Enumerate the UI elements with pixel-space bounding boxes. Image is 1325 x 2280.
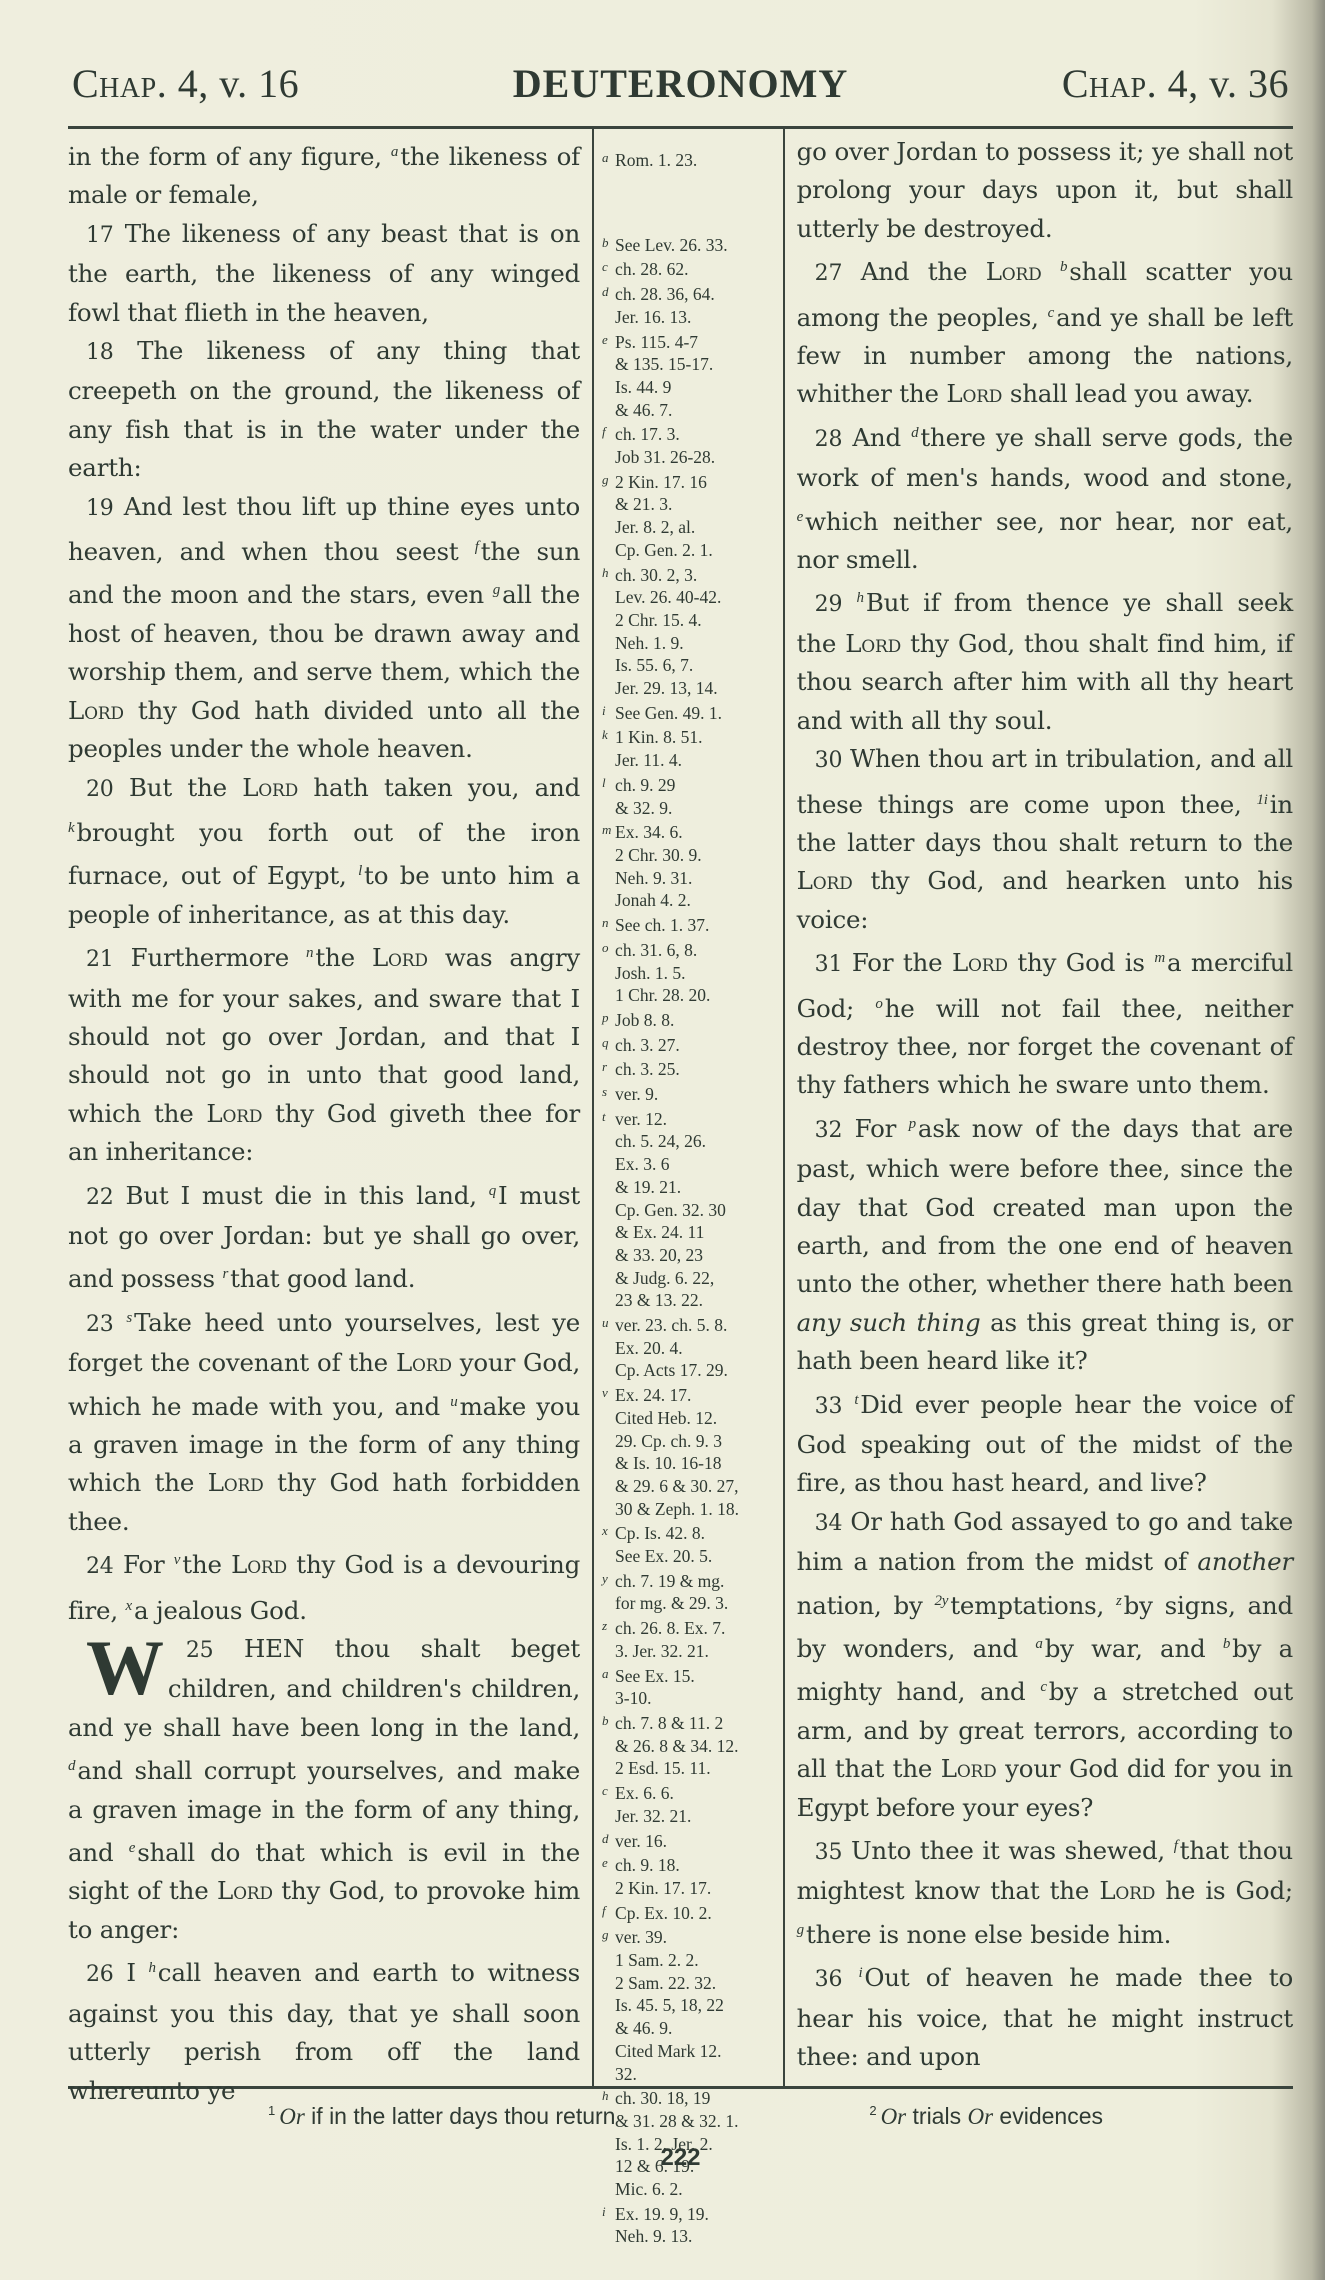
verse-24: 24 For vthe Lord thy God is a devouring … xyxy=(68,1541,580,1630)
cross-reference-d: dver. 16. xyxy=(602,1828,777,1853)
cross-reference-y: ych. 7. 19 & mg.for mg. & 29. 3. xyxy=(602,1568,777,1615)
cross-reference-d: dch. 28. 36, 64.Jer. 16. 13. xyxy=(602,281,777,328)
verse-continuation: in the form of any figure, athe likeness… xyxy=(68,133,580,215)
book-title: DEUTERONOMY xyxy=(513,60,848,107)
page-number: 222 xyxy=(68,2144,1293,2172)
cross-reference-i: iSee Gen. 49. 1. xyxy=(602,700,777,725)
verse-35: 35 Unto thee it was shewed, fthat thou m… xyxy=(797,1827,1293,1954)
verse-19: 19 And lest thou lift up thine eyes unto… xyxy=(68,488,580,769)
verse-31: 31 For the Lord thy God is ma merciful G… xyxy=(797,939,1293,1105)
footnote-2: 2Or trials Or evidences xyxy=(869,2103,1103,2130)
cross-reference-z: zch. 26. 8. Ex. 7.3. Jer. 32. 21. xyxy=(602,1615,777,1662)
left-text-column: in the form of any figure, athe likeness… xyxy=(68,129,594,2086)
cross-reference-s: sver. 9. xyxy=(602,1081,777,1106)
cross-reference-a: aRom. 1. 23. xyxy=(602,147,777,172)
cross-reference-l: lch. 9. 29& 32. 9. xyxy=(602,772,777,819)
cross-reference-h: hch. 30. 2, 3.Lev. 26. 40-42.2 Chr. 15. … xyxy=(602,562,777,700)
verse-30: 30 When thou art in tribulation, and all… xyxy=(797,740,1293,939)
cross-reference-p: pJob 8. 8. xyxy=(602,1007,777,1032)
cross-reference-g: g2 Kin. 17. 16& 21. 3.Jer. 8. 2, al.Cp. … xyxy=(602,469,777,562)
ref-gap xyxy=(602,172,777,232)
cross-reference-c: cEx. 6. 6.Jer. 32. 21. xyxy=(602,1780,777,1827)
running-head: Chap. 4, v. 16 DEUTERONOMY Chap. 4, v. 3… xyxy=(68,60,1293,124)
text-columns: in the form of any figure, athe likeness… xyxy=(68,129,1293,2086)
cross-reference-h: hch. 30. 18, 19& 31. 28 & 32. 1.Is. 1. 2… xyxy=(602,2085,777,2201)
verse-18: 18 The likeness of any thing that creepe… xyxy=(68,332,580,488)
cross-reference-m: mEx. 34. 6.2 Chr. 30. 9.Neh. 9. 31.Jonah… xyxy=(602,819,777,912)
cross-reference-f: fch. 17. 3.Job 31. 26-28. xyxy=(602,421,777,468)
footnote-1: 1Or if in the latter days thou return xyxy=(268,2103,615,2130)
cross-reference-e: ech. 9. 18.2 Kin. 17. 17. xyxy=(602,1852,777,1899)
verse-32: 32 For pask now of the days that are pas… xyxy=(797,1105,1293,1381)
verse-22: 22 But I must die in this land, qI must … xyxy=(68,1172,580,1299)
bible-page: Chap. 4, v. 16 DEUTERONOMY Chap. 4, v. 3… xyxy=(68,60,1293,2172)
verse-23: 23 sTake heed unto yourselves, lest ye f… xyxy=(68,1299,580,1541)
verse-21: 21 Furthermore nthe Lord was angry with … xyxy=(68,934,580,1171)
verse-28: 28 And dthere ye shall serve gods, the w… xyxy=(797,414,1293,580)
cross-reference-v: vEx. 24. 17.Cited Heb. 12.29. Cp. ch. 9.… xyxy=(602,1382,777,1520)
cross-reference-column: aRom. 1. 23.bSee Lev. 26. 33.cch. 28. 62… xyxy=(594,129,785,2086)
verse-34: 34 Or hath God assayed to go and take hi… xyxy=(797,1503,1293,1827)
cross-reference-c: cch. 28. 62. xyxy=(602,256,777,281)
verse-26: 26 I hcall heaven and earth to witness a… xyxy=(68,1949,580,2110)
running-head-right: Chap. 4, v. 36 xyxy=(1062,60,1289,107)
cross-reference-g: gver. 39.1 Sam. 2. 2.2 Sam. 22. 32.Is. 4… xyxy=(602,1924,777,2085)
verse-36: 36 iOut of heaven he made thee to hear h… xyxy=(797,1954,1293,2076)
cross-reference-u: uver. 23. ch. 5. 8.Ex. 20. 4.Cp. Acts 17… xyxy=(602,1312,777,1382)
cross-reference-o: och. 31. 6, 8.Josh. 1. 5.1 Chr. 28. 20. xyxy=(602,937,777,1007)
cross-reference-r: rch. 3. 25. xyxy=(602,1056,777,1081)
verse-27: 27 And the Lord bshall scatter you among… xyxy=(797,248,1293,414)
cross-reference-t: tver. 12.ch. 5. 24, 26.Ex. 3. 6& 19. 21.… xyxy=(602,1106,777,1312)
cross-reference-n: nSee ch. 1. 37. xyxy=(602,912,777,937)
verse-29: 29 hBut if from thence ye shall seek the… xyxy=(797,579,1293,740)
cross-reference-a: aSee Ex. 15.3-10. xyxy=(602,1663,777,1710)
cross-reference-f: fCp. Ex. 10. 2. xyxy=(602,1900,777,1925)
cross-reference-x: xCp. Is. 42. 8.See Ex. 20. 5. xyxy=(602,1520,777,1567)
verse-33: 33 tDid ever people hear the voice of Go… xyxy=(797,1381,1293,1503)
verse-25: 25 WHEN thou shalt beget children, and c… xyxy=(68,1630,580,1949)
verse-17: 17 The likeness of any beast that is on … xyxy=(68,215,580,332)
verse-continuation: go over Jordan to possess it; ye shall n… xyxy=(797,133,1293,248)
cross-reference-k: k1 Kin. 8. 51.Jer. 11. 4. xyxy=(602,724,777,771)
running-head-left: Chap. 4, v. 16 xyxy=(72,60,299,107)
cross-reference-b: bch. 7. 8 & 11. 2& 26. 8 & 34. 12.2 Esd.… xyxy=(602,1710,777,1780)
cross-reference-e: ePs. 115. 4-7& 135. 15-17.Is. 44. 9& 46.… xyxy=(602,329,777,422)
verse-20: 20 But the Lord hath taken you, and kbro… xyxy=(68,769,580,935)
right-text-column: go over Jordan to possess it; ye shall n… xyxy=(785,129,1293,2086)
cross-reference-b: bSee Lev. 26. 33. xyxy=(602,232,777,257)
drop-cap: W xyxy=(68,1636,164,1700)
cross-reference-i: iEx. 19. 9, 19.Neh. 9. 13. xyxy=(602,2201,777,2248)
cross-reference-q: qch. 3. 27. xyxy=(602,1032,777,1057)
